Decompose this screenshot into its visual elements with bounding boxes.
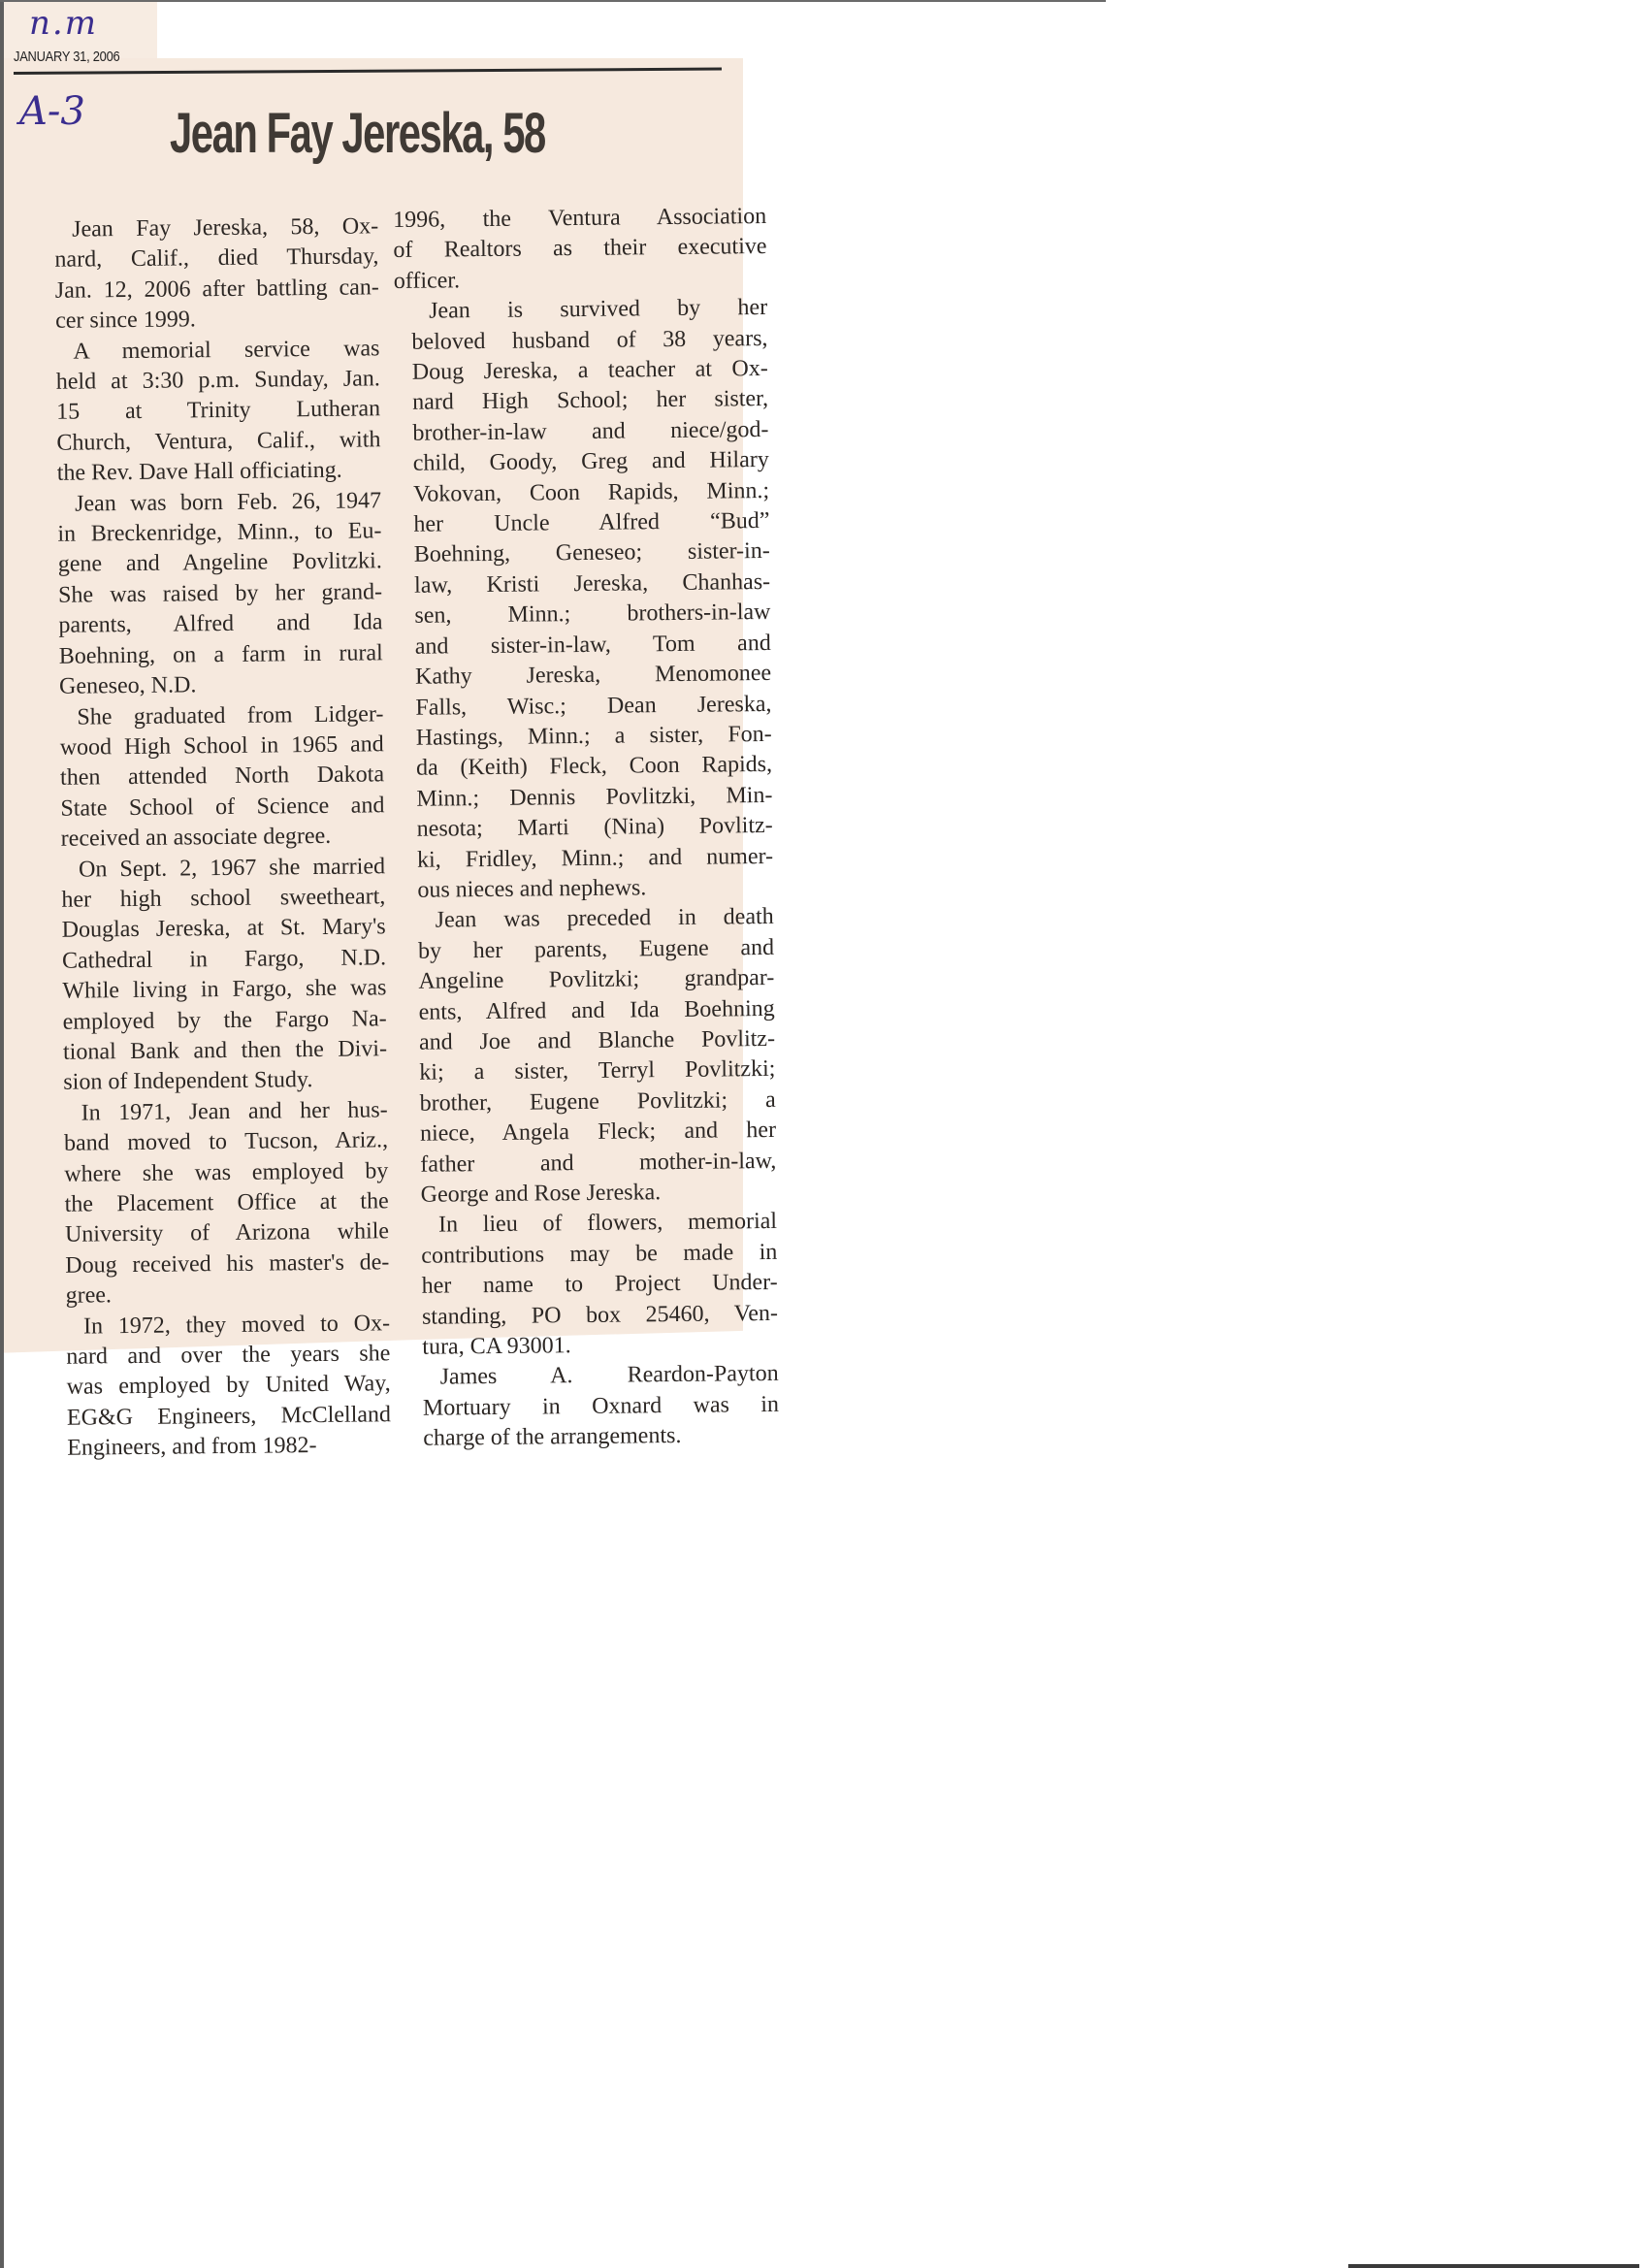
- article-line: In lieu of flowers, memorial: [404, 1207, 777, 1241]
- article-line: A memorial service was: [38, 334, 379, 368]
- article-line: ki, Fridley, Minn.; and numer-: [400, 841, 773, 875]
- article-line: EG&G Engineers, McClelland: [49, 1400, 391, 1434]
- handwritten-note: n.m: [29, 4, 98, 43]
- article-paragraph: In lieu of flowers, memorialcontribution…: [404, 1207, 779, 1363]
- article-line: Hastings, Minn.; a sister, Fon-: [399, 720, 772, 754]
- article-line: Church, Ventura, Calif., with: [39, 425, 380, 459]
- article-line: She was raised by her grand-: [41, 577, 382, 611]
- article-paragraph: Jean is survived by herbeloved husband o…: [394, 293, 774, 906]
- article-line: charge of the arrangements.: [405, 1420, 779, 1454]
- article-line: tura, CA 93001.: [404, 1329, 778, 1363]
- article-line: employed by the Fargo Na-: [46, 1004, 387, 1038]
- article-line: nard High School; her sister,: [395, 384, 768, 418]
- article-line: sen, Minn.; brothers-in-law: [397, 598, 770, 632]
- scan-edge-top: [0, 0, 1106, 2]
- article-line: Jean was preceded in death: [401, 902, 774, 936]
- article-column-left: Jean Fay Jereska, 58, Ox-nard, Calif., d…: [37, 211, 391, 1464]
- article-line: ents, Alfred and Ida Boehning: [402, 993, 775, 1027]
- article-line: Falls, Wisc.; Dean Jereska,: [398, 689, 771, 723]
- article-line: Doug received his master's de-: [48, 1247, 389, 1281]
- article-line: brother, Eugene Povlitzki; a: [403, 1085, 776, 1119]
- scan-edge-bottom: [1348, 2264, 1639, 2268]
- article-line: ki; a sister, Terryl Povlitzki;: [402, 1054, 775, 1088]
- article-line: 15 at Trinity Lutheran: [39, 395, 380, 429]
- article-paragraph: James A. Reardon-PaytonMortuary in Oxnar…: [404, 1359, 779, 1454]
- article-line: gene and Angeline Povlitzki.: [41, 547, 382, 581]
- article-line: standing, PO box 25460, Ven-: [404, 1299, 778, 1333]
- article-line: ous nieces and nephews.: [400, 872, 773, 906]
- article-line: officer.: [394, 263, 767, 297]
- article-line: In 1972, they moved to Ox-: [48, 1309, 390, 1343]
- article-paragraph: 1996, the Ventura Associationof Realtors…: [393, 202, 767, 297]
- article-line: Jan. 12, 2006 after battling can-: [38, 273, 379, 307]
- article-line: Boehning, on a farm in rural: [42, 638, 383, 672]
- article-line: tional Bank and then the Divi-: [46, 1034, 387, 1068]
- article-line: George and Rose Jereska.: [404, 1177, 777, 1211]
- article-line: brother-in-law and niece/god-: [395, 415, 768, 449]
- article-line: niece, Angela Fleck; and her: [403, 1116, 776, 1150]
- article-line: Engineers, and from 1982-: [49, 1430, 391, 1464]
- article-line: Kathy Jereska, Menomonee: [398, 659, 771, 693]
- article-line: then attended North Dakota: [43, 761, 384, 794]
- article-line: gree.: [48, 1278, 390, 1312]
- article-line: of Realtors as their executive: [393, 232, 766, 266]
- article-line: Geneseo, N.D.: [42, 668, 383, 702]
- article-line: Jean is survived by her: [394, 293, 767, 327]
- article-paragraph: She graduated from Lidger-wood High Scho…: [42, 699, 385, 856]
- article-paragraph: In 1972, they moved to Ox-nard and over …: [48, 1309, 392, 1465]
- article-line: the Placement Office at the: [48, 1186, 389, 1220]
- article-line: held at 3:30 p.m. Sunday, Jan.: [39, 364, 380, 398]
- article-line: University of Arizona while: [48, 1217, 389, 1251]
- article-line: Doug Jereska, a teacher at Ox-: [395, 354, 768, 388]
- article-column-right: 1996, the Ventura Associationof Realtors…: [393, 202, 779, 1455]
- article-line: Douglas Jereska, at St. Mary's: [45, 913, 386, 947]
- article-line: 1996, the Ventura Association: [393, 202, 766, 236]
- article-line: She graduated from Lidger-: [42, 699, 383, 733]
- article-line: parents, Alfred and Ida: [41, 608, 382, 642]
- article-line: James A. Reardon-Payton: [404, 1359, 778, 1393]
- article-line: band moved to Tucson, Ariz.,: [47, 1125, 388, 1159]
- article-line: wood High School in 1965 and: [43, 729, 384, 763]
- article-line: the Rev. Dave Hall officiating.: [40, 456, 381, 490]
- article-line: In 1971, Jean and her hus-: [47, 1095, 388, 1129]
- article-line: law, Kristi Jereska, Chanhas-: [397, 567, 770, 601]
- obituary-headline: Jean Fay Jereska, 58: [170, 101, 545, 166]
- article-line: On Sept. 2, 1967 she married: [44, 852, 385, 886]
- article-paragraph: On Sept. 2, 1967 she marriedher high sch…: [44, 852, 388, 1099]
- article-line: her high school sweetheart,: [44, 882, 385, 916]
- article-line: Angeline Povlitzki; grandpar-: [401, 963, 774, 997]
- article-line: Boehning, Geneseo; sister-in-: [397, 536, 770, 570]
- article-line: was employed by United Way,: [48, 1370, 390, 1404]
- article-line: father and mother-in-law,: [403, 1147, 776, 1181]
- article-line: Jean Fay Jereska, 58, Ox-: [37, 211, 378, 245]
- article-line: Vokovan, Coon Rapids, Minn.;: [396, 476, 769, 510]
- article-line: nesota; Marti (Nina) Povlitz-: [400, 811, 773, 845]
- article-line: State School of Science and: [43, 791, 384, 825]
- article-line: received an associate degree.: [44, 821, 385, 855]
- article-paragraph: Jean Fay Jereska, 58, Ox-nard, Calif., d…: [37, 211, 379, 337]
- article-paragraph: Jean was preceded in deathby her parents…: [401, 902, 777, 1211]
- article-line: by her parents, Eugene and: [401, 933, 774, 967]
- article-line: beloved husband of 38 years,: [394, 324, 767, 358]
- article-line: While living in Fargo, she was: [45, 973, 386, 1007]
- article-line: Cathedral in Fargo, N.D.: [45, 943, 386, 977]
- article-paragraph: In 1971, Jean and her hus-band moved to …: [47, 1095, 390, 1312]
- article-paragraph: Jean was born Feb. 26, 1947in Breckenrid…: [40, 486, 383, 703]
- article-line: her name to Project Under-: [404, 1268, 778, 1302]
- article-line: Jean was born Feb. 26, 1947: [40, 486, 381, 520]
- article-line: and sister-in-law, Tom and: [398, 629, 771, 663]
- article-line: sion of Independent Study.: [46, 1065, 387, 1099]
- scan-edge-left: [0, 0, 4, 2268]
- article-line: her Uncle Alfred “Bud”: [396, 506, 769, 540]
- article-line: Minn.; Dennis Povlitzki, Min-: [399, 781, 772, 815]
- article-paragraph: A memorial service washeld at 3:30 p.m. …: [38, 334, 381, 490]
- article-line: nard and over the years she: [48, 1339, 390, 1373]
- article-line: da (Keith) Fleck, Coon Rapids,: [399, 750, 772, 784]
- article-line: nard, Calif., died Thursday,: [37, 243, 378, 276]
- article-line: in Breckenridge, Minn., to Eu-: [40, 516, 381, 550]
- article-line: child, Goody, Greg and Hilary: [396, 445, 769, 479]
- article-line: contributions may be made in: [404, 1238, 777, 1272]
- article-line: where she was employed by: [47, 1156, 388, 1190]
- publication-date: JANUARY 31, 2006: [14, 49, 119, 65]
- article-line: cer since 1999.: [38, 304, 379, 338]
- article-line: Mortuary in Oxnard was in: [405, 1390, 779, 1424]
- handwritten-page-number: A-3: [19, 89, 85, 134]
- article-line: and Joe and Blanche Povlitz-: [402, 1024, 775, 1058]
